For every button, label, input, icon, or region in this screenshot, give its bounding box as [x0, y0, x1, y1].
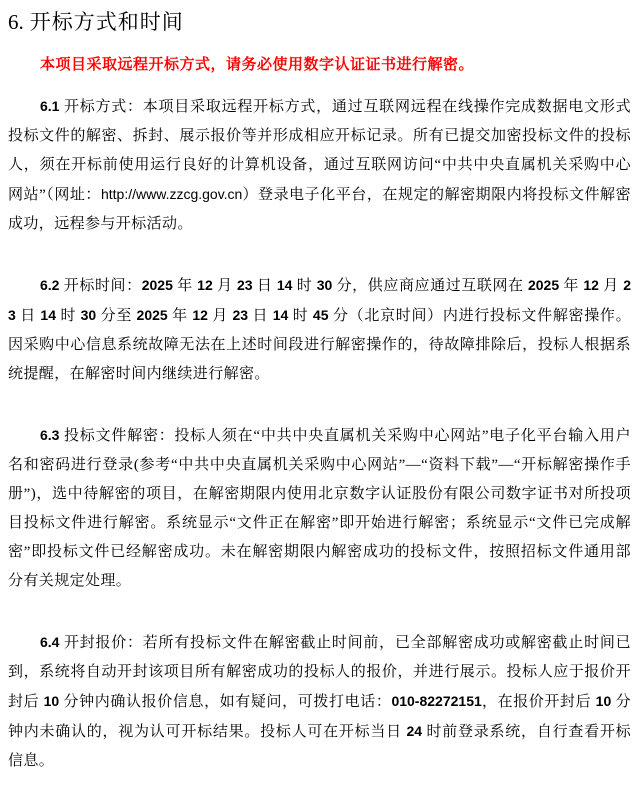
number-run: 10: [596, 693, 612, 709]
text-run: 开标时间：: [59, 278, 141, 294]
number-run: 6.4: [40, 634, 59, 650]
paragraph-clause-6-2: 6.2 开标时间：2025 年 12 月 23 日 14 时 30 分，供应商应…: [8, 271, 631, 389]
text-run: 分，供应商应通过互联网在: [332, 278, 528, 294]
text-run: 时: [56, 308, 81, 324]
number-run: 6.2: [40, 277, 59, 293]
number-run: 45: [313, 307, 329, 323]
number-run: 12: [583, 277, 599, 293]
text-run: 时: [292, 278, 316, 294]
text-run: 分钟内确认报价信息，如有疑问，可拨打电话：: [59, 694, 391, 710]
text-run: 时: [288, 308, 313, 324]
text-run: 日: [253, 278, 277, 294]
number-run: 14: [40, 307, 56, 323]
document-page: 6.开标方式和时间 本项目采取远程开标方式，请务必使用数字认证证书进行解密。 6…: [0, 0, 639, 786]
number-run: 010-82272151: [391, 693, 481, 709]
number-run: 23: [237, 277, 253, 293]
red-notice-text: 本项目采取远程开标方式，请务必使用数字认证证书进行解密。: [8, 56, 631, 75]
number-run: 12: [192, 307, 208, 323]
text-run: 月: [208, 308, 233, 324]
text-run: 投标文件解密：投标人须在“中共中央直属机关采购中心网站”电子化平台输入用户名和密…: [8, 428, 631, 589]
section-number: 6.: [8, 10, 24, 34]
paragraph-clause-6-3: 6.3 投标文件解密：投标人须在“中共中央直属机关采购中心网站”电子化平台输入用…: [8, 421, 631, 596]
section-title: 开标方式和时间: [30, 11, 184, 34]
paragraph-clause-6-1: 6.1 开标方式：本项目采取远程开标方式，通过互联网远程在线操作完成数据电文形式…: [8, 92, 631, 239]
number-run: 6.3: [40, 427, 59, 443]
paragraph-clause-6-4: 6.4 开封报价：若所有投标文件在解密截止时间前，已全部解密成功或解密截止时间已…: [8, 628, 631, 776]
number-run: 24: [406, 723, 422, 739]
text-run: 日: [248, 308, 273, 324]
text-run: 年: [559, 278, 583, 294]
number-run: 30: [81, 307, 97, 323]
text-run: ，在报价开封后: [482, 694, 596, 710]
number-run: 2025: [137, 307, 168, 323]
text-run: 年: [173, 278, 197, 294]
number-run: 14: [277, 277, 293, 293]
url-run: http://www.zzcg.gov.cn: [101, 186, 242, 202]
number-run: 30: [317, 277, 333, 293]
number-run: 12: [197, 277, 213, 293]
clause-list: 6.1 开标方式：本项目采取远程开标方式，通过互联网远程在线操作完成数据电文形式…: [8, 92, 631, 776]
text-run: 分至: [96, 308, 136, 324]
number-run: 6.1: [40, 98, 59, 114]
text-run: 日: [16, 308, 41, 324]
text-run: 月: [599, 278, 623, 294]
text-run: 年: [168, 308, 193, 324]
section-heading: 6.开标方式和时间: [8, 8, 631, 37]
number-run: 10: [44, 693, 60, 709]
number-run: 2025: [142, 277, 173, 293]
number-run: 14: [273, 307, 289, 323]
number-run: 2025: [528, 277, 559, 293]
text-run: 月: [213, 278, 237, 294]
number-run: 23: [233, 307, 249, 323]
